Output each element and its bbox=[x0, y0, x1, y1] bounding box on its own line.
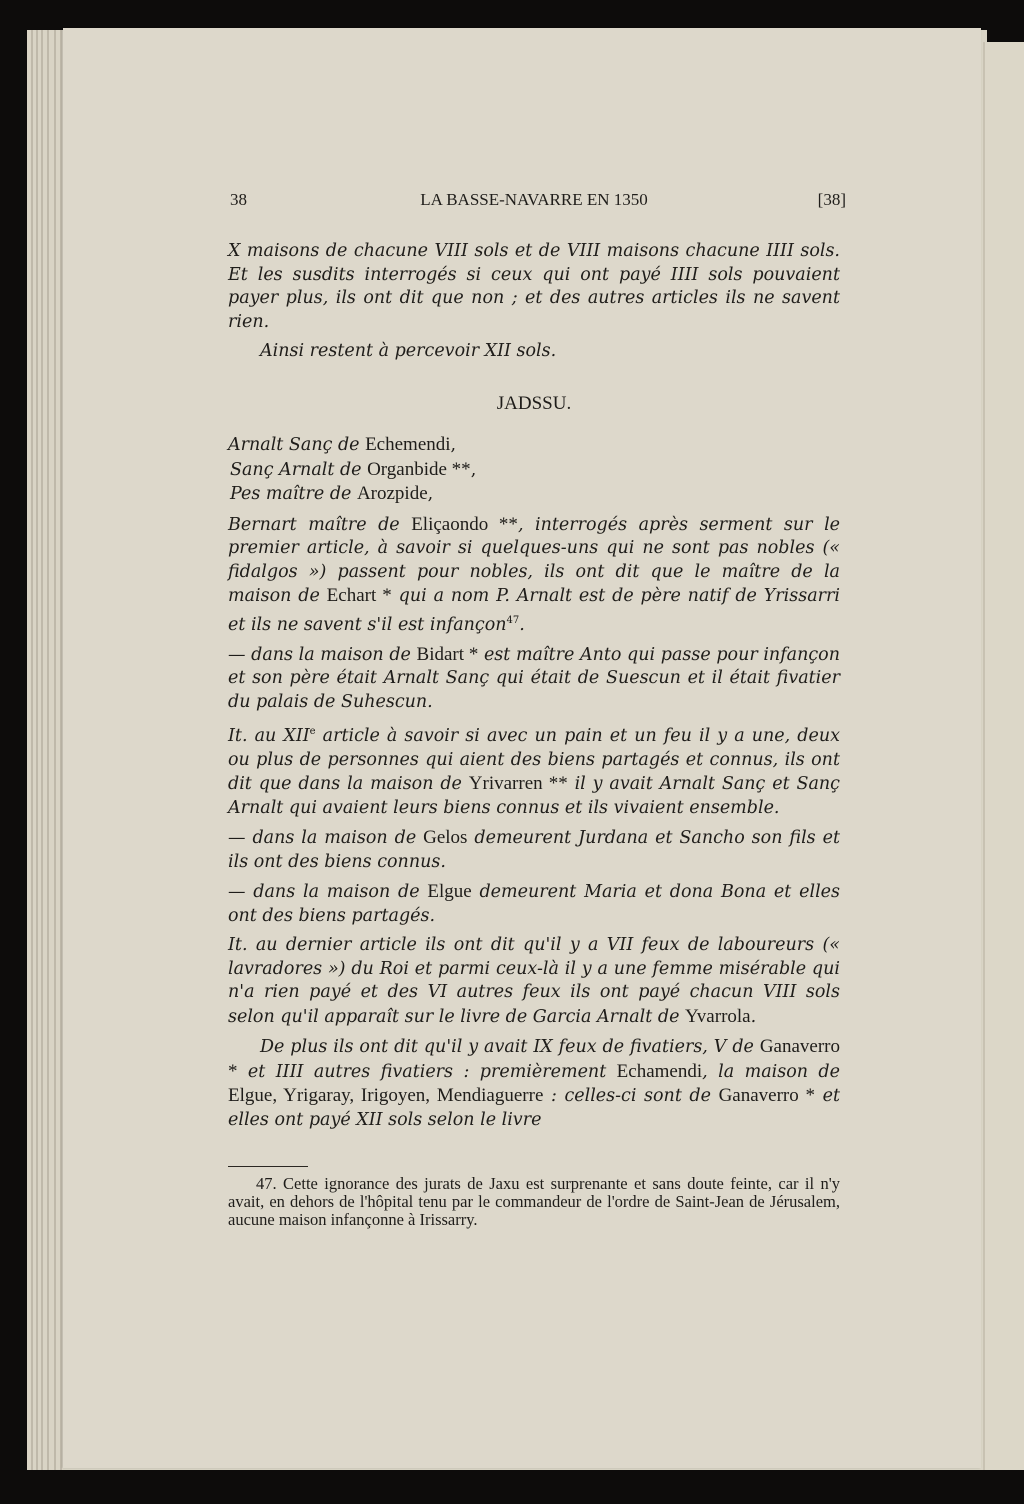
text-run: : celles-ci sont de bbox=[543, 1086, 718, 1106]
page-edge bbox=[41, 30, 43, 1470]
text-run: — dans la maison de bbox=[228, 882, 427, 902]
page-edge bbox=[47, 30, 49, 1470]
section-heading: JADSSU. bbox=[228, 392, 840, 416]
house-name: Gelos bbox=[423, 827, 467, 848]
house-name: Echemendi bbox=[365, 434, 450, 455]
juror-line: Arnalt Sanç de Echemendi, bbox=[228, 433, 840, 458]
page-content: 38 LA BASSE-NAVARRE EN 1350 [38] X maiso… bbox=[228, 190, 840, 1229]
juror-name: Arnalt Sanç de bbox=[228, 435, 365, 455]
paragraph: Ainsi restent à percevoir XII sols. bbox=[228, 340, 840, 364]
house-name: Bidart * bbox=[417, 644, 479, 665]
page-edge bbox=[31, 30, 33, 1470]
juror-name: Sanç Arnalt de bbox=[230, 460, 367, 480]
paragraph: — dans la maison de Gelos demeurent Jurd… bbox=[228, 826, 840, 874]
text-run: — dans la maison de bbox=[228, 828, 423, 848]
text-run: , la maison de bbox=[702, 1062, 840, 1082]
juror-line: Pes maître de Arozpide, bbox=[228, 482, 840, 507]
paragraph-text: Ainsi restent à percevoir XII sols. bbox=[260, 341, 556, 361]
paragraph: X maisons de chacune VIII sols et de VII… bbox=[228, 240, 840, 334]
house-name: Arozpide bbox=[357, 483, 428, 504]
house-name: Echamendi bbox=[617, 1061, 702, 1082]
house-name: Yvarrola bbox=[685, 1006, 751, 1027]
text-run: — dans la maison de bbox=[228, 645, 417, 665]
page-edge bbox=[36, 30, 38, 1470]
juror-line: Sanç Arnalt de Organbide **, bbox=[228, 458, 840, 483]
text-run: De plus ils ont dit qu'il y avait IX feu… bbox=[260, 1037, 760, 1057]
running-title: LA BASSE-NAVARRE EN 1350 bbox=[228, 190, 840, 210]
footnote-divider bbox=[228, 1166, 308, 1167]
footnote-number: 47. bbox=[256, 1174, 277, 1193]
paragraph: Bernart maître de Eliçaondo **, interrog… bbox=[228, 513, 840, 637]
text-run: It. au XII bbox=[228, 726, 310, 746]
house-name: Eliçaondo ** bbox=[411, 514, 518, 535]
paragraph: — dans la maison de Elgue demeurent Mari… bbox=[228, 880, 840, 928]
paragraph: De plus ils ont dit qu'il y avait IX feu… bbox=[228, 1035, 840, 1132]
house-name: Ganaverro * bbox=[719, 1085, 815, 1106]
house-name: Echart * bbox=[327, 585, 392, 606]
text-run: . bbox=[751, 1007, 757, 1027]
footnote-reference[interactable]: 47 bbox=[507, 615, 520, 626]
text-run: Bernart maître de bbox=[228, 515, 411, 535]
paragraph: It. au dernier article ils ont dit qu'il… bbox=[228, 934, 840, 1029]
page-edge bbox=[60, 30, 62, 1470]
juror-name: Pes maître de bbox=[230, 484, 357, 504]
page-edge bbox=[54, 30, 56, 1470]
footnote-47: 47. Cette ignorance des jurats de Jaxu e… bbox=[228, 1175, 840, 1229]
punctuation: , bbox=[451, 435, 457, 455]
paragraph: It. au XIIe article à savoir si avec un … bbox=[228, 720, 840, 820]
running-head: 38 LA BASSE-NAVARRE EN 1350 [38] bbox=[228, 190, 840, 216]
house-name: Organbide ** bbox=[367, 459, 471, 480]
punctuation: , bbox=[471, 460, 477, 480]
footnote-text: Cette ignorance des jurats de Jaxu est s… bbox=[228, 1174, 840, 1229]
house-name: Elgue bbox=[427, 881, 471, 902]
house-names: Elgue, Yrigaray, Irigoyen, Mendiaguerre bbox=[228, 1085, 543, 1106]
text-run: et IIII autres fivatiers : premièrement bbox=[238, 1062, 617, 1082]
house-name: Yrivarren ** bbox=[469, 773, 568, 794]
punctuation: , bbox=[428, 484, 434, 504]
text-run: . bbox=[519, 614, 525, 634]
juror-list: Arnalt Sanç de Echemendi, Sanç Arnalt de… bbox=[228, 433, 840, 507]
facing-page-edge bbox=[983, 42, 1024, 1470]
paragraph-text: X maisons de chacune VIII sols et de VII… bbox=[228, 241, 840, 332]
body-text: X maisons de chacune VIII sols et de VII… bbox=[228, 240, 840, 1132]
page-number-bracketed: [38] bbox=[818, 190, 846, 210]
paragraph: — dans la maison de Bidart * est maître … bbox=[228, 643, 840, 715]
